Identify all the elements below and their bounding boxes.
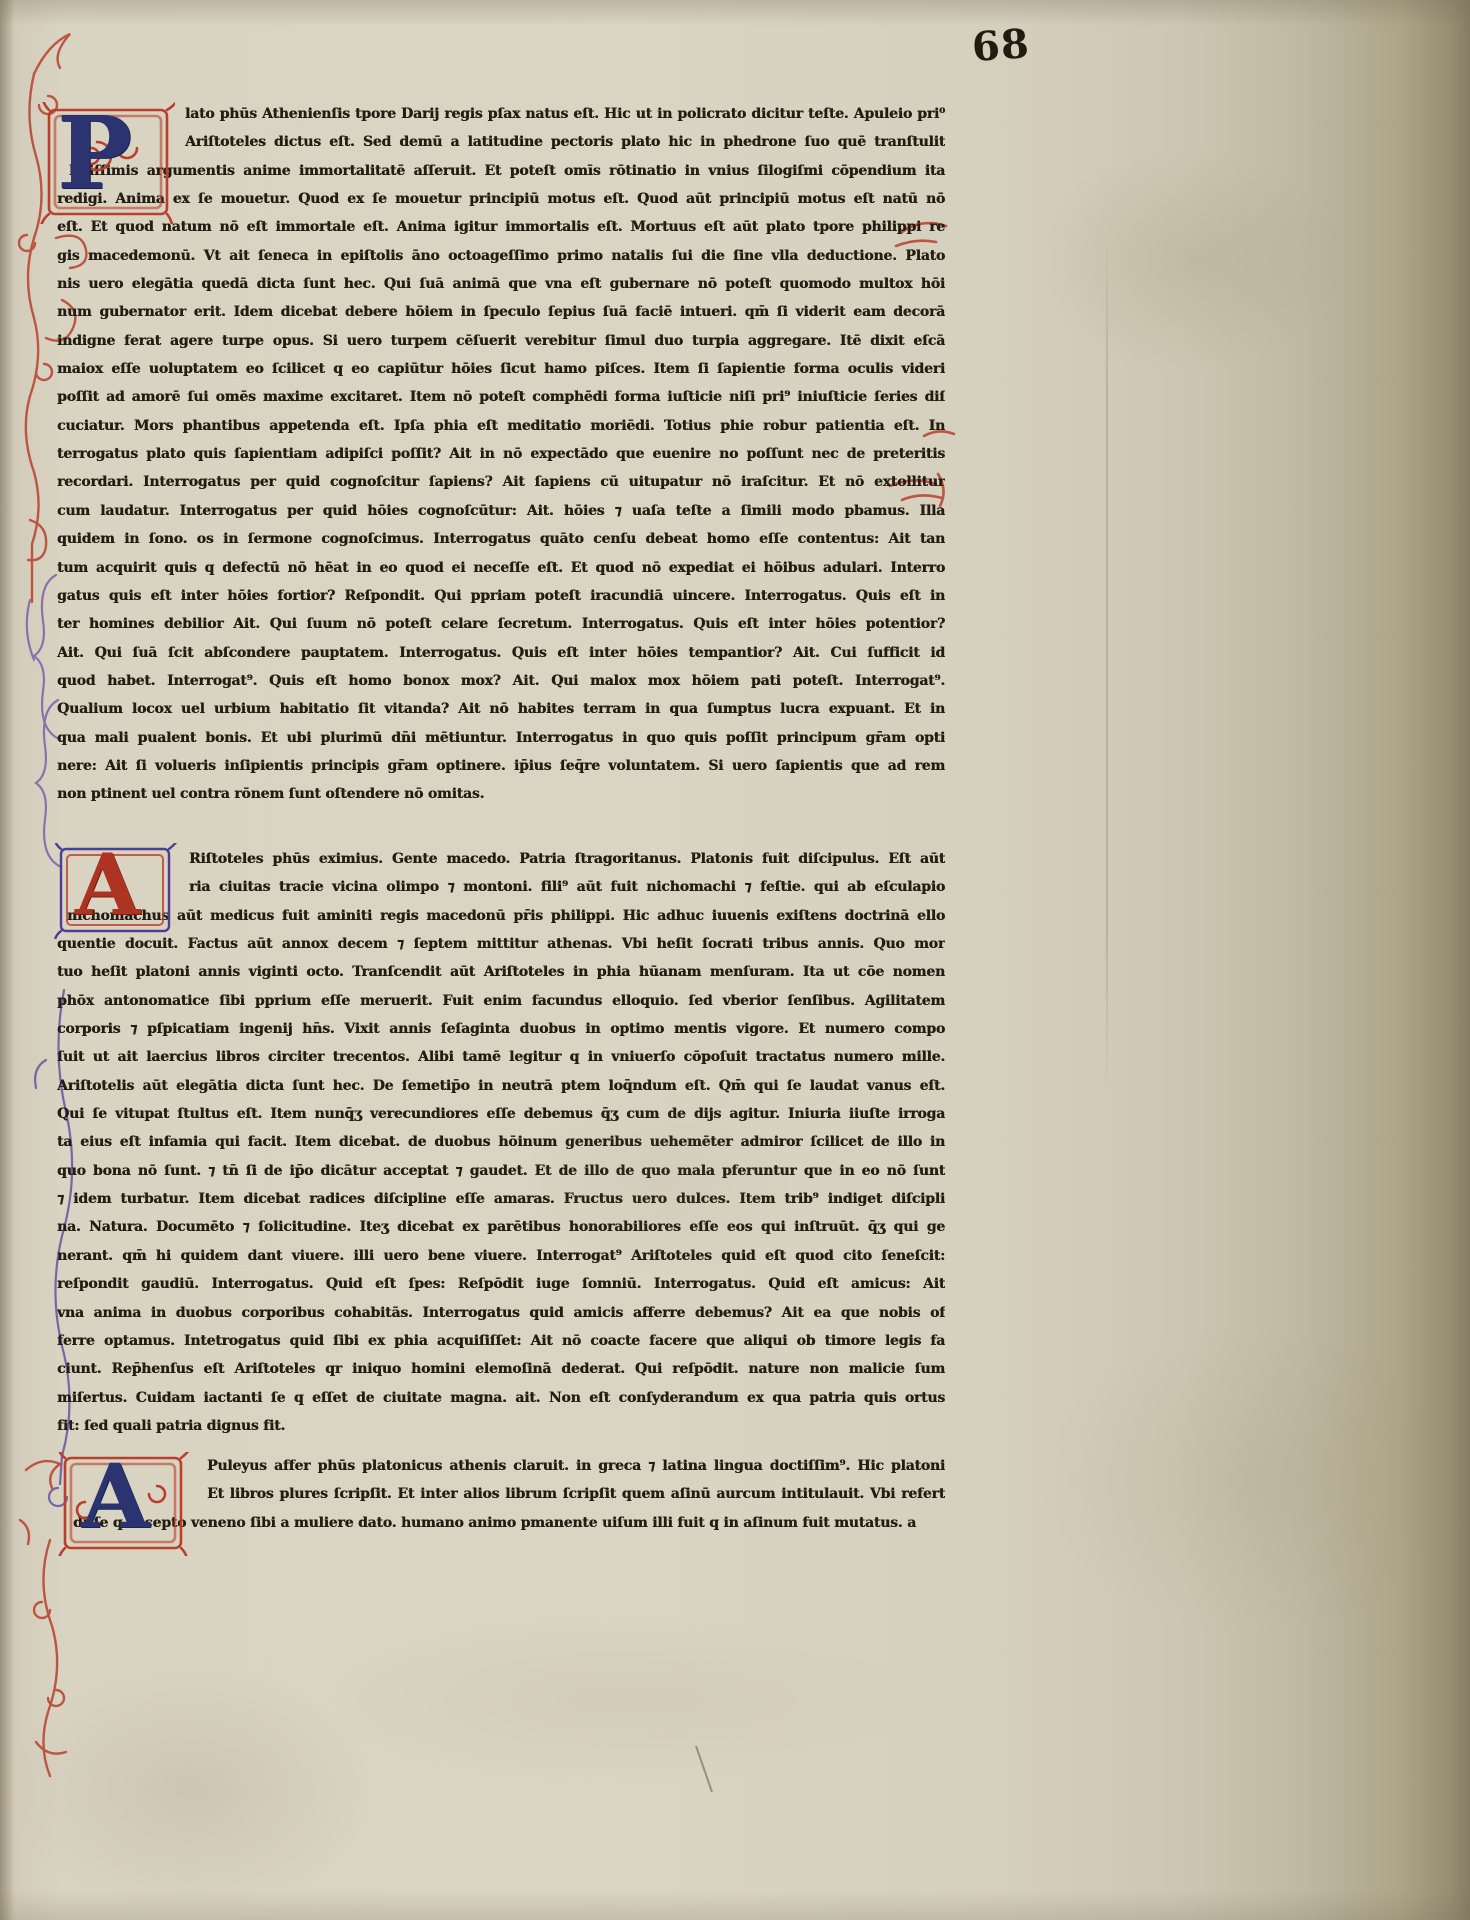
text-line: ferre optamus. Intetrogatus quid ſibi ex… (57, 1327, 945, 1355)
entry-plato-text: lato phūs Athenienſis tpore Darij regis … (57, 100, 945, 809)
text-line: quidem in ſono. os in ſermone cognoſcimu… (57, 525, 945, 553)
text-line: nerant. qm̄ hi quidem dant viuere. illi … (57, 1242, 945, 1270)
text-line: corporis ⁊ pſpicatiam ingenij hn̄s. Vixi… (57, 1015, 945, 1043)
text-line: ta eius eſt infamia qui facit. Item dice… (57, 1128, 945, 1156)
text-line: redigi. Anima ex ſe mouetur. Quod ex ſe … (57, 185, 945, 213)
manuscript-page: 68 (0, 0, 1470, 1920)
text-line: Qualium locox uel urbium habitatio ſit v… (57, 695, 945, 723)
folio-number: 68 (970, 20, 1031, 71)
text-line: ⁊ idem turbatur. Item dicebat radices di… (57, 1185, 945, 1213)
entry-apuleius: A Puleyus affer phūs platonicus athenis … (57, 1452, 945, 1537)
text-line: lato phūs Athenienſis tpore Darij regis … (57, 100, 945, 128)
text-line: eſt. Et quod natum nō eſt immortale eſt.… (57, 213, 945, 241)
text-line: diſſe q accepto veneno ſibi a muliere da… (57, 1509, 945, 1537)
text-line: Ait. Qui ſuā ſcit abſcondere pauptatem. … (57, 639, 945, 667)
text-line: vna anima in duobus corporibus cohabitās… (57, 1299, 945, 1327)
text-line: maiox eſſe uoluptatem eo ſcilicet q eo c… (57, 355, 945, 383)
text-line: Et libros plures ſcripſit. Et inter alio… (57, 1480, 945, 1508)
text-line: fit: ſed quali patria dignus fit. (57, 1412, 945, 1440)
text-line: nere: Ait ſi volueris inſipientis princi… (57, 752, 945, 780)
text-line: ciunt. Rep̄henſus eſt Ariſtoteles qr ini… (57, 1355, 945, 1383)
text-line: terrogatus plato quis ſapientiam adipiſc… (57, 440, 945, 468)
text-line: na. Natura. Documēto ⁊ ſolicitudine. Ite… (57, 1213, 945, 1241)
text-line: Ariſtotelis aūt elegātia dicta ſunt hec.… (57, 1072, 945, 1100)
text-line: gatus quis eſt inter hōies fortior? Reſp… (57, 582, 945, 610)
text-line: Riſtoteles phūs eximius. Gente macedo. P… (57, 845, 945, 873)
text-line: Ariſtoteles dictus eſt. Sed demū a latit… (57, 128, 945, 156)
text-line: ſuit ut ait laercius libros circiter tre… (57, 1043, 945, 1071)
text-line: recordari. Interrogatus per quid cognoſc… (57, 468, 945, 496)
text-line: gis macedemonū. Vt ait ſeneca in epiſtol… (57, 242, 945, 270)
entry-aristoteles: A Riſtoteles phūs eximius. Gente macedo.… (57, 845, 945, 1440)
page-crease (1106, 230, 1108, 1090)
entry-aristoteles-text: Riſtoteles phūs eximius. Gente macedo. P… (57, 845, 945, 1440)
text-line: lidiſſimis argumentis anime immortalitat… (57, 157, 945, 185)
text-line: qua mali pualent bonis. Et ubi plurimū d… (57, 724, 945, 752)
text-line: ter homines debilior Ait. Qui ſuum nō po… (57, 610, 945, 638)
text-line: tum acquirit quis q defectū nō hēat in e… (57, 554, 945, 582)
text-line: Qui ſe vitupat ſtultus eſt. Item nunq̄ʒ … (57, 1100, 945, 1128)
text-line: indigne ferat agere turpe opus. Si uero … (57, 327, 945, 355)
text-line: Puleyus affer phūs platonicus athenis cl… (57, 1452, 945, 1480)
text-line: cuciatur. Mors phantibus appetenda eſt. … (57, 412, 945, 440)
text-line: phōx antonomatice ſibi pprium eſſe merue… (57, 987, 945, 1015)
entry-apuleius-text: Puleyus affer phūs platonicus athenis cl… (57, 1452, 945, 1537)
text-line: nichomachus aūt medicus fuit aminiti reg… (57, 902, 945, 930)
text-line: quod habet. Interrogat⁹. Quis eſt homo b… (57, 667, 945, 695)
text-line: cum laudatur. Interrogatus per quid hōie… (57, 497, 945, 525)
text-line: poſſit ad amorē ſui omēs maxime excitare… (57, 383, 945, 411)
entry-plato: P lato phūs Athenienſis tpore Darij regi… (57, 100, 945, 809)
text-line: miſertus. Cuidam iactanti ſe q eſſet de … (57, 1384, 945, 1412)
text-line: tuo heſit platoni annis viginti octo. Tr… (57, 958, 945, 986)
text-line: non ptinent uel contra rōnem ſunt oſtend… (57, 780, 945, 808)
text-line: ria ciuitas tracie vicina olimpo ⁊ monto… (57, 873, 945, 901)
text-line: num gubernator erit. Idem dicebat debere… (57, 298, 945, 326)
text-line: quo bona nō ſunt. ⁊ tn̄ ſi de ip̄o dicāt… (57, 1157, 945, 1185)
text-line: nis uero elegātia quedā dicta ſunt hec. … (57, 270, 945, 298)
text-line: quentie docuit. Factus aūt annox decem ⁊… (57, 930, 945, 958)
text-line: reſpondit gaudiū. Interrogatus. Quid eſt… (57, 1270, 945, 1298)
